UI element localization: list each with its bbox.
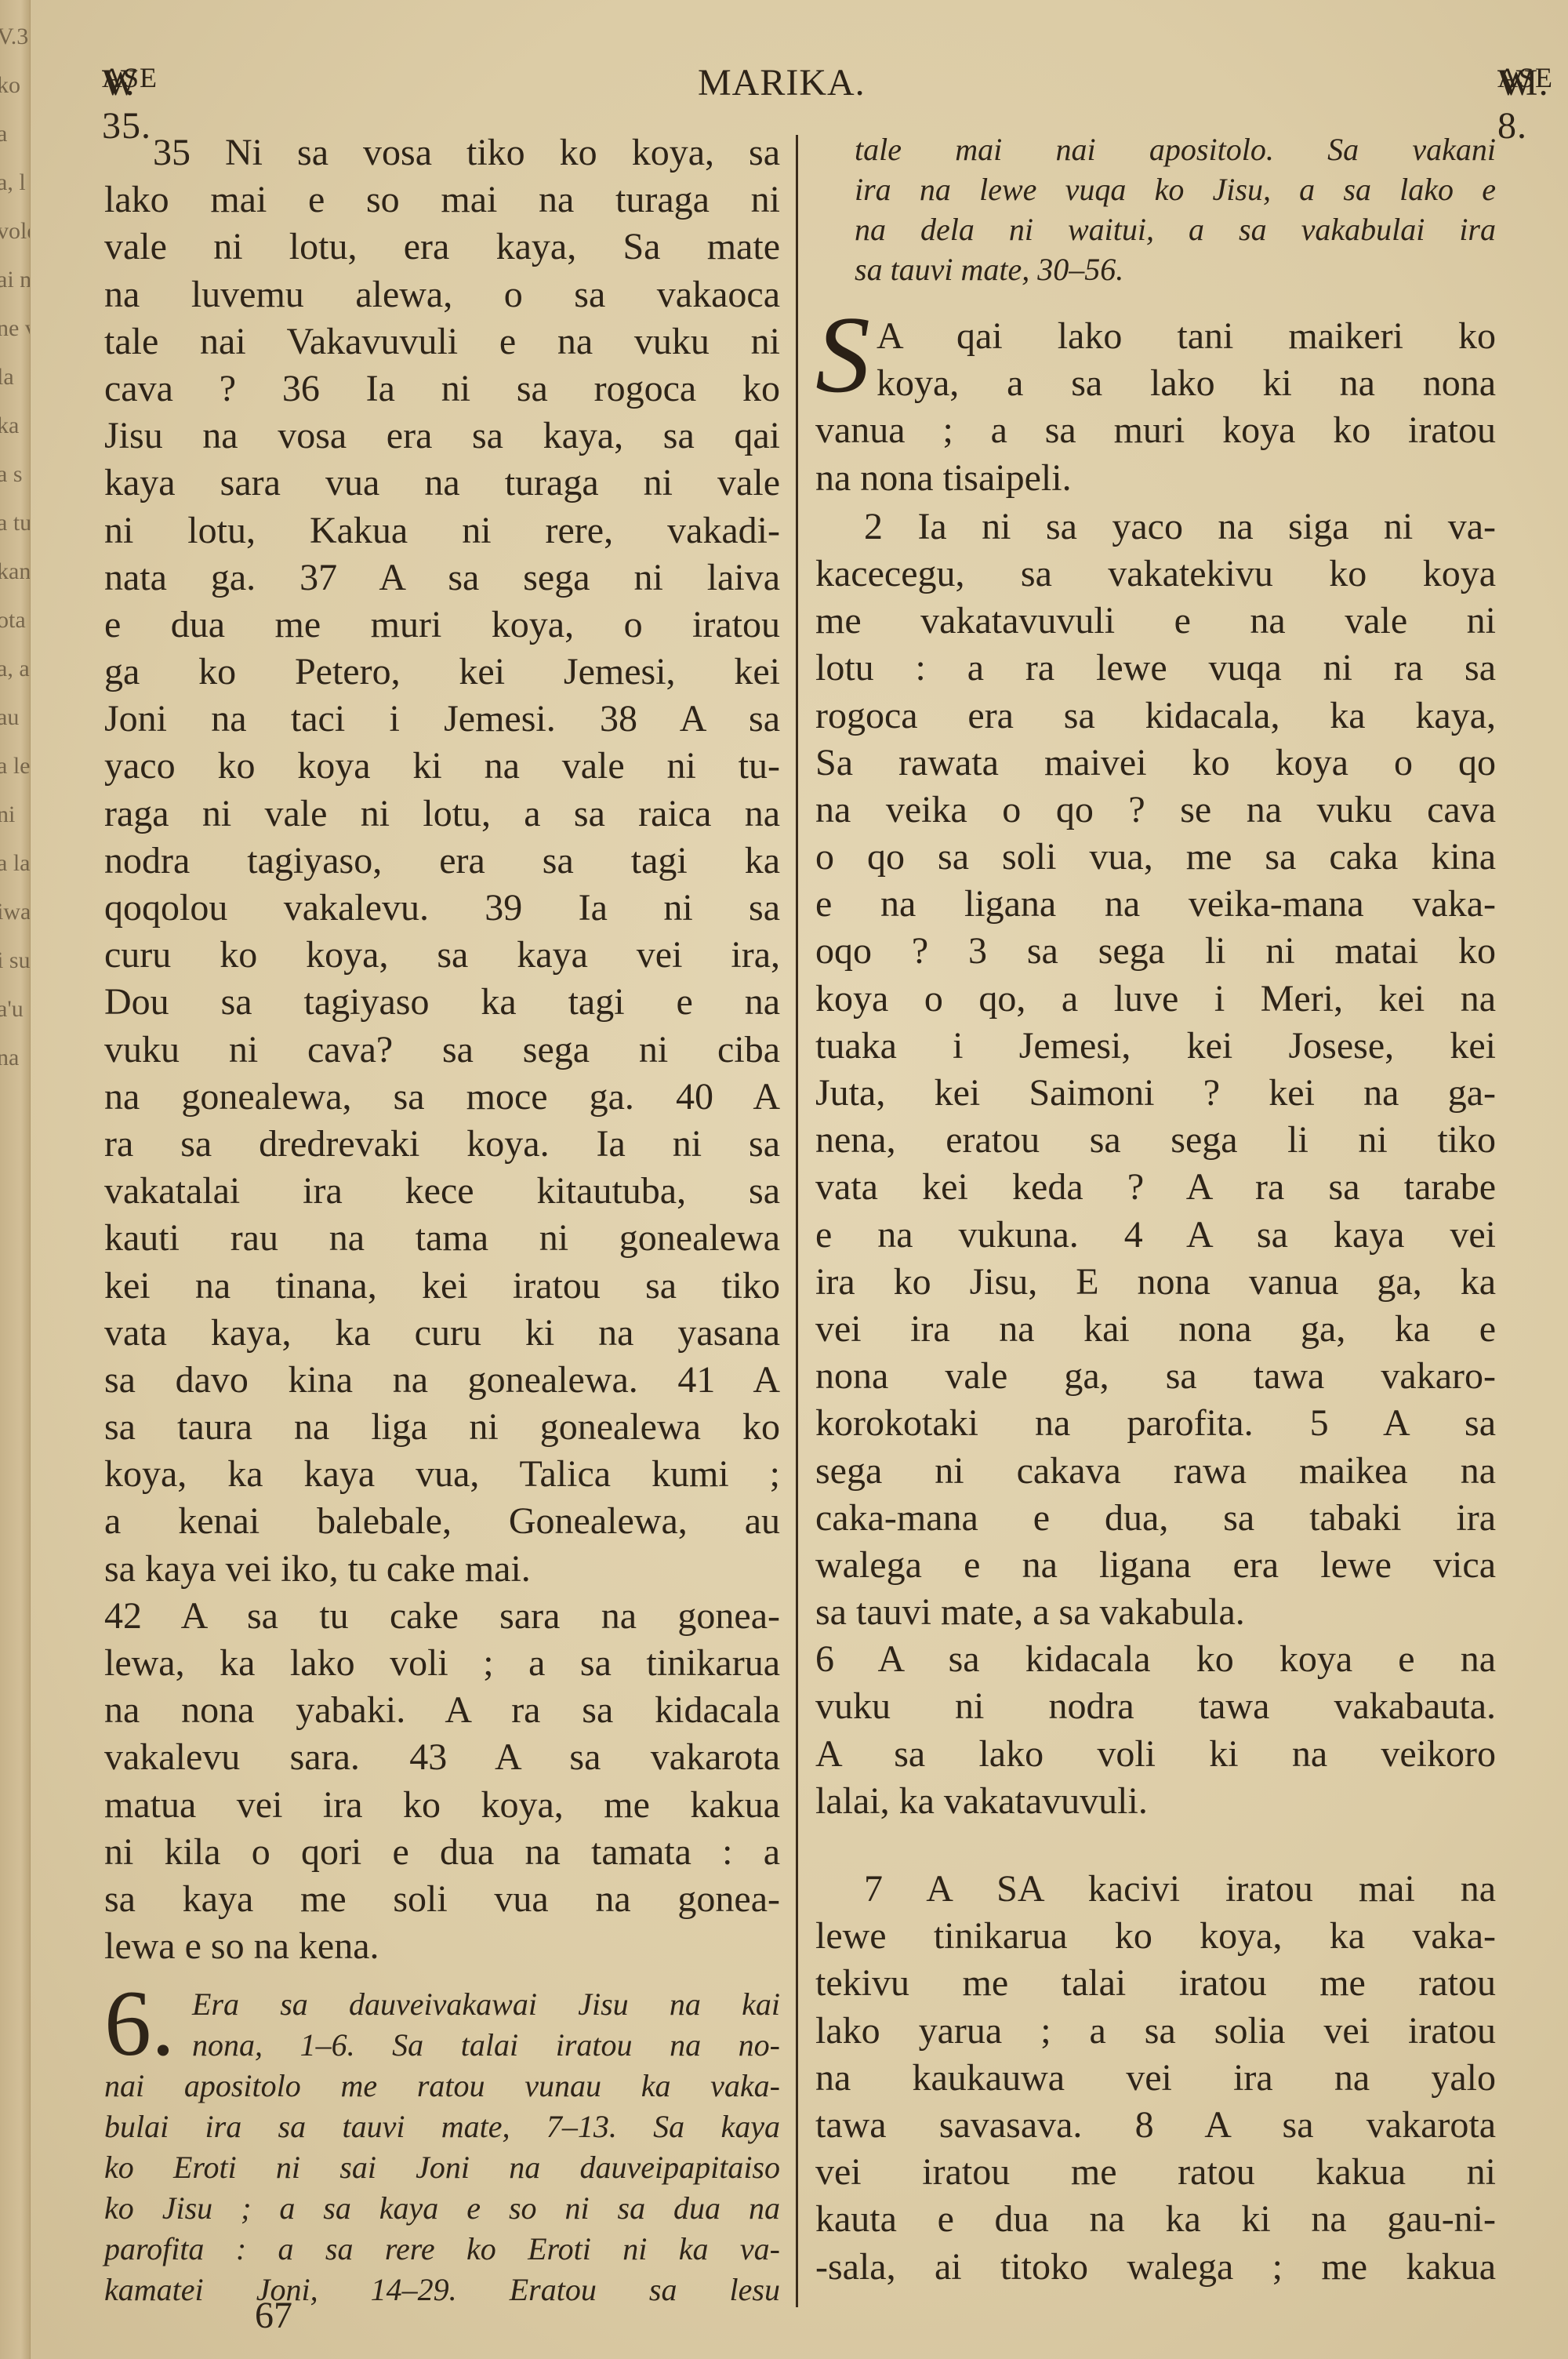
verse-line: matua vei ira ko koya, me kakua: [104, 1782, 780, 1829]
verse-line: sa tauvi mate, a sa vakabula.: [815, 1589, 1496, 1636]
verse-line: sa taura na liga ni gonealewa ko: [104, 1404, 780, 1451]
verse-line: lako mai e so mai na turaga ni: [104, 176, 780, 224]
verse-line: vei ira na kai nona ga, ka e: [815, 1306, 1496, 1353]
verse-line: -sala, ai titoko walega ; me kakua: [815, 2244, 1496, 2291]
verse-line: A sa lako voli ki na veikoro: [815, 1731, 1496, 1778]
verse-line: me vakatavuvuli e na vale ni: [815, 598, 1496, 645]
verse-line: ra sa dredrevaki koya. Ia ni sa: [104, 1121, 780, 1168]
verse-line: Jisu na vosa era sa kaya, sa qai: [104, 413, 780, 460]
previous-page-fragment: a s: [0, 461, 23, 488]
verse-line: na nona yabaki. A ra sa kidacala: [104, 1687, 780, 1734]
previous-page-fragment: V.3: [0, 24, 28, 50]
previous-page-fragment: a tu: [0, 510, 31, 536]
verse-line: raga ni vale ni lotu, a sa raica na: [104, 791, 780, 838]
verse-line: a kenai balebale, Gonealewa, au: [104, 1498, 780, 1545]
verse-line: A qai lako tani maikeri ko: [815, 313, 1496, 360]
chapter-summary-left: Era sa dauveivakawai Jisu na kainona, 1–…: [192, 1984, 780, 2310]
verse-line: Dou sa tagiyaso ka tagi e na: [104, 979, 780, 1026]
previous-page-fragment: la: [0, 364, 14, 391]
previous-page-fragment: ko: [0, 72, 20, 99]
verse-line: lewa e so na kena.: [104, 1923, 780, 1970]
verse-line: tekivu me talai iratou me ratou: [815, 1960, 1496, 2007]
verse-line: nona vale ga, sa tawa vakaro-: [815, 1353, 1496, 1400]
verse-line: tuaka i Jemesi, kei Josese, kei: [815, 1023, 1496, 1070]
verse-line: rogoca era sa kidacala, ka kaya,: [815, 692, 1496, 740]
verse-line: e na ligana na veika-mana vaka-: [815, 881, 1496, 928]
previous-page-fragment: a le: [0, 753, 30, 780]
verse-line: vakatalai ira kece kitautuba, sa: [104, 1168, 780, 1215]
previous-page-fragment: ai n: [0, 267, 31, 293]
previous-page-fragment: ka: [0, 413, 19, 439]
summary-line: parofita : a sa rere ko Eroti ni ka va-: [104, 2229, 780, 2270]
verse-line: e na vukuna. 4 A sa kaya vei: [815, 1212, 1496, 1259]
verse-line: nena, eratou sa sega li ni tiko: [815, 1117, 1496, 1164]
verse-line: lewe tinikarua ko koya, ka vaka-: [815, 1913, 1496, 1960]
book-title: MARIKA.: [698, 61, 866, 104]
drop-cap: S: [815, 308, 870, 402]
previous-page-fragment: au: [0, 704, 19, 731]
verse-line: nodra tagiyaso, era sa tagi ka: [104, 838, 780, 885]
verse-line: kaya sara vua na turaga ni vale: [104, 460, 780, 507]
verse-line: koya, a sa lako ki na nona: [815, 360, 1496, 407]
chapter-number: 6.: [104, 1976, 175, 2070]
verse-line: sega ni cakava rawa maikea na: [815, 1448, 1496, 1495]
verse-line: lalai, ka vakatavuvuli.: [815, 1778, 1496, 1825]
verse-line: sa davo kina na gonealewa. 41 A: [104, 1357, 780, 1404]
verse-line: vakalevu sara. 43 A sa vakarota: [104, 1734, 780, 1781]
previous-page-fragment: iwa: [0, 899, 31, 925]
verse-line: kei na tinana, kei iratou sa tiko: [104, 1263, 780, 1310]
verse-line: korokotaki na parofita. 5 A sa: [815, 1400, 1496, 1447]
verse-line: vata kaya, ka curu ki na yasana: [104, 1310, 780, 1357]
verse-line: tale nai Vakavuvuli e na vuku ni: [104, 318, 780, 365]
previous-page-fragment: ni: [0, 801, 15, 828]
verse-line: Juta, kei Saimoni ? kei na ga-: [815, 1070, 1496, 1117]
verse-line: na gonealewa, sa moce ga. 40 A: [104, 1074, 780, 1121]
verse-line: na kaukauwa vei ira na yalo: [815, 2055, 1496, 2102]
verse-line: o qo sa soli vua, me sa caka kina: [815, 834, 1496, 881]
verse-line: 7 A SA kacivi iratou mai na: [815, 1866, 1496, 1913]
verse-line: lotu : a ra lewe vuqa ni ra sa: [815, 645, 1496, 692]
verse-line: nata ga. 37 A sa sega ni laiva: [104, 554, 780, 602]
verse-line: ni kila o qori e dua na tamata : a: [104, 1829, 780, 1876]
verse-line: koya, ka kaya vua, Talica kumi ;: [104, 1451, 780, 1498]
previous-page-fragment: i su: [0, 947, 31, 974]
verse-line: lako yarua ; a sa solia vei iratou: [815, 2008, 1496, 2055]
verse-line: vuku ni cava? sa sega ni ciba: [104, 1027, 780, 1074]
previous-page-fragment: ne v: [0, 315, 31, 342]
verse-line: 6 A sa kidacala ko koya e na: [815, 1636, 1496, 1683]
summary-line: kamatei Joni, 14–29. Eratou sa lesu: [104, 2270, 780, 2310]
verse-line: kauti rau na tama ni gonealewa: [104, 1215, 780, 1262]
verse-line: na nona tisaipeli.: [815, 455, 1496, 502]
previous-page-fragment: kan: [0, 558, 31, 585]
previous-page-fragment: a, a: [0, 656, 30, 682]
previous-page-fragment: ota: [0, 607, 26, 634]
previous-page-edge: V.3koaa, lvolelai nne vlakaa sa tukanota…: [0, 0, 31, 2359]
column-divider: [796, 135, 798, 2307]
verse-line: koya o qo, a luve i Meri, kei na: [815, 976, 1496, 1023]
verse-line: vei iratou me ratou kakua ni: [815, 2149, 1496, 2196]
summary-line: tale mai nai apositolo. Sa vakani: [815, 129, 1496, 169]
summary-line: nona, 1–6. Sa talai iratou na no-: [192, 2025, 780, 2066]
verse-line: walega e na ligana era lewe vica: [815, 1542, 1496, 1589]
verse-line: 2 Ia ni sa yaco na siga ni va-: [815, 503, 1496, 551]
summary-line: Era sa dauveivakawai Jisu na kai: [192, 1984, 780, 2025]
summary-line: sa tauvi mate, 30–56.: [815, 249, 1496, 289]
verse-line: sa kaya me soli vua na gonea-: [104, 1876, 780, 1923]
verse-line: 42 A sa tu cake sara na gonea-: [104, 1593, 780, 1640]
verse-line: 35 Ni sa vosa tiko ko koya, sa: [104, 129, 780, 176]
verse-line: sa kaya vei iko, tu cake mai.: [104, 1546, 780, 1593]
summary-line: ko Jisu ; a sa kaya e so ni sa dua na: [104, 2188, 780, 2229]
summary-line: nai apositolo me ratou vunau ka vaka-: [104, 2066, 780, 2106]
verse-line: ga ko Petero, kei Jemesi, kei: [104, 649, 780, 696]
verse-line: na luvemu alewa, o sa vakaoca: [104, 271, 780, 318]
previous-page-fragment: volel: [0, 218, 31, 245]
previous-page-fragment: na: [0, 1045, 19, 1071]
verse-line: na veika o qo ? se na vuku cava: [815, 787, 1496, 834]
summary-line: na dela ni waitui, a sa vakabulai ira: [815, 209, 1496, 249]
verse-line: vale ni lotu, era kaya, Sa mate: [104, 224, 780, 271]
previous-page-fragment: a: [0, 121, 7, 147]
verse-line: Joni na taci i Jemesi. 38 A sa: [104, 696, 780, 743]
previous-page-fragment: a la: [0, 850, 30, 877]
verse-line: tawa savasava. 8 A sa vakarota: [815, 2102, 1496, 2149]
verse-line: Sa rawata maivei ko koya o qo: [815, 740, 1496, 787]
previous-page-fragment: a'u: [0, 996, 24, 1023]
verse-line: qoqolou vakalevu. 39 Ia ni sa: [104, 885, 780, 932]
verse-line: ira ko Jisu, E nona vanua ga, ka: [815, 1259, 1496, 1306]
right-column: tale mai nai apositolo. Sa vakaniira na …: [815, 129, 1496, 2291]
verse-line: lewa, ka lako voli ; a sa tinikarua: [104, 1640, 780, 1687]
verse-line: vata kei keda ? A ra sa tarabe: [815, 1164, 1496, 1211]
verse-line: caka-mana e dua, sa tabaki ira: [815, 1495, 1496, 1542]
verse-line: vuku ni nodra tawa vakabauta.: [815, 1683, 1496, 1730]
summary-line: ko Eroti ni sai Joni na dauveipapitaiso: [104, 2147, 780, 2188]
verse-line: e dua me muri koya, o iratou: [104, 602, 780, 649]
verse-line: cava ? 36 Ia ni sa rogoca ko: [104, 365, 780, 413]
verse-line: oqo ? 3 sa sega li ni matai ko: [815, 928, 1496, 975]
running-head: WASE V. 35. MARIKA. WASE VI. 8.: [102, 61, 1497, 108]
previous-page-fragment: a, l: [0, 169, 26, 196]
summary-line: ira na lewe vuqa ko Jisu, a sa lako e: [815, 169, 1496, 209]
summary-line: bulai ira sa tauvi mate, 7–13. Sa kaya: [104, 2106, 780, 2147]
book-page: V.3koaa, lvolelai nne vlakaa sa tukanota…: [0, 0, 1568, 2359]
verse-line: yaco ko koya ki na vale ni tu-: [104, 743, 780, 790]
page-number: 67: [255, 2294, 292, 2337]
verse-line: ni lotu, Kakua ni rere, vakadi-: [104, 507, 780, 554]
verse-line: kauta e dua na ka ki na gau-ni-: [815, 2196, 1496, 2243]
verse-line: curu ko koya, sa kaya vei ira,: [104, 932, 780, 979]
verse-line: kacecegu, sa vakatekivu ko koya: [815, 551, 1496, 598]
left-column: 35 Ni sa vosa tiko ko koya, salako mai e…: [104, 129, 780, 1970]
verse-line: vanua ; a sa muri koya ko iratou: [815, 407, 1496, 454]
